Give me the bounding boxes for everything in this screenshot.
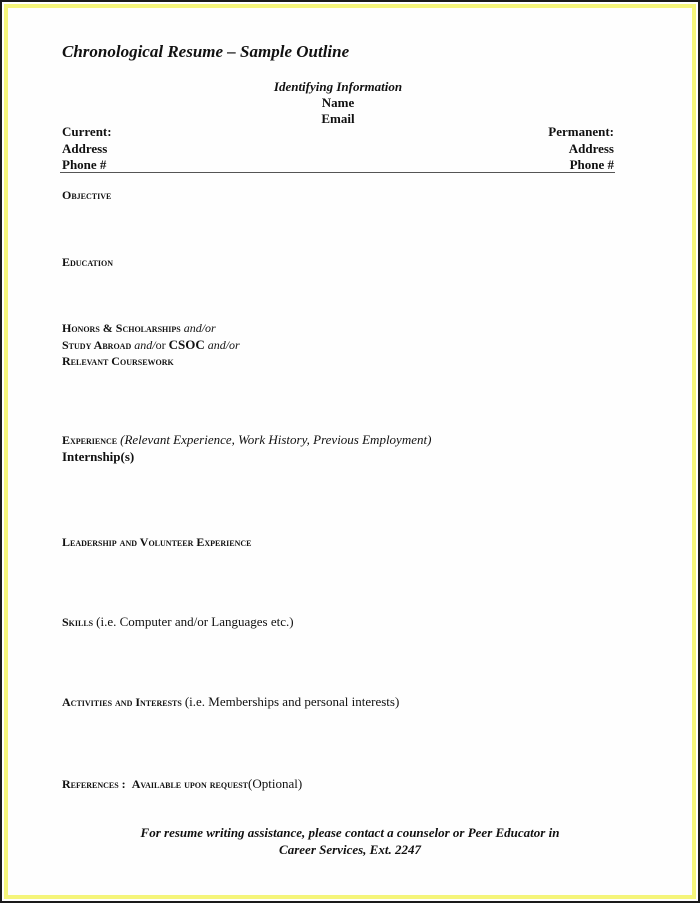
csoc-heading: CSOC [169,337,205,352]
leadership-heading: Leadership and Volunteer Experience [62,535,251,549]
skills-heading: Skills [62,615,93,629]
study-abroad-heading: Study Abroad [62,338,131,352]
honors-line-2: Study Abroad and/or CSOC and/or [62,337,240,354]
footer-note: For resume writing assistance, please co… [0,824,700,858]
section-objective: Objective [62,187,111,204]
name-placeholder: Name [0,95,676,111]
current-address-block: Current: Address Phone # [62,124,112,174]
study-abroad-and: and/ [134,338,155,352]
permanent-address: Address [548,141,614,158]
internships-subheading: Internship(s) [62,449,431,466]
experience-note: (Relevant Experience, Work History, Prev… [120,432,431,447]
section-references: References : Available upon request(Opti… [62,776,302,793]
activities-heading: Activities and Interests [62,695,182,709]
honors-line-3: Relevant Coursework [62,353,240,370]
permanent-label: Permanent: [548,124,614,141]
references-value: Available upon request [132,777,248,791]
skills-note: (i.e. Computer and/or Languages etc.) [96,614,293,629]
objective-heading: Objective [62,188,111,202]
section-honors: Honors & Scholarships and/or Study Abroa… [62,320,240,370]
honors-line-1: Honors & Scholarships and/or [62,320,240,337]
activities-note: (i.e. Memberships and personal interests… [185,694,399,709]
section-experience: Experience (Relevant Experience, Work Hi… [62,432,431,465]
honors-heading: Honors & Scholarships [62,321,181,335]
honors-andor: and/or [184,321,216,335]
section-leadership: Leadership and Volunteer Experience [62,534,251,551]
footer-line-1: For resume writing assistance, please co… [0,824,700,841]
section-activities: Activities and Interests (i.e. Membershi… [62,694,399,711]
footer-line-2: Career Services, Ext. 2247 [0,841,700,858]
current-address: Address [62,141,112,158]
document-title: Chronological Resume – Sample Outline [62,42,349,62]
csoc-andor: and/or [208,338,240,352]
section-skills: Skills (i.e. Computer and/or Languages e… [62,614,294,631]
resume-page: Chronological Resume – Sample Outline Id… [0,0,700,903]
identifying-information-heading: Identifying Information [0,79,676,95]
relevant-coursework-heading: Relevant Coursework [62,354,174,368]
section-education: Education [62,254,113,271]
header-divider [60,172,615,173]
references-heading: References : [62,777,126,791]
education-heading: Education [62,255,113,269]
current-label: Current: [62,124,112,141]
experience-heading: Experience [62,433,117,447]
references-note: (Optional) [248,776,302,791]
experience-line-1: Experience (Relevant Experience, Work Hi… [62,432,431,449]
study-abroad-or: or [156,338,166,352]
permanent-address-block: Permanent: Address Phone # [548,124,614,174]
